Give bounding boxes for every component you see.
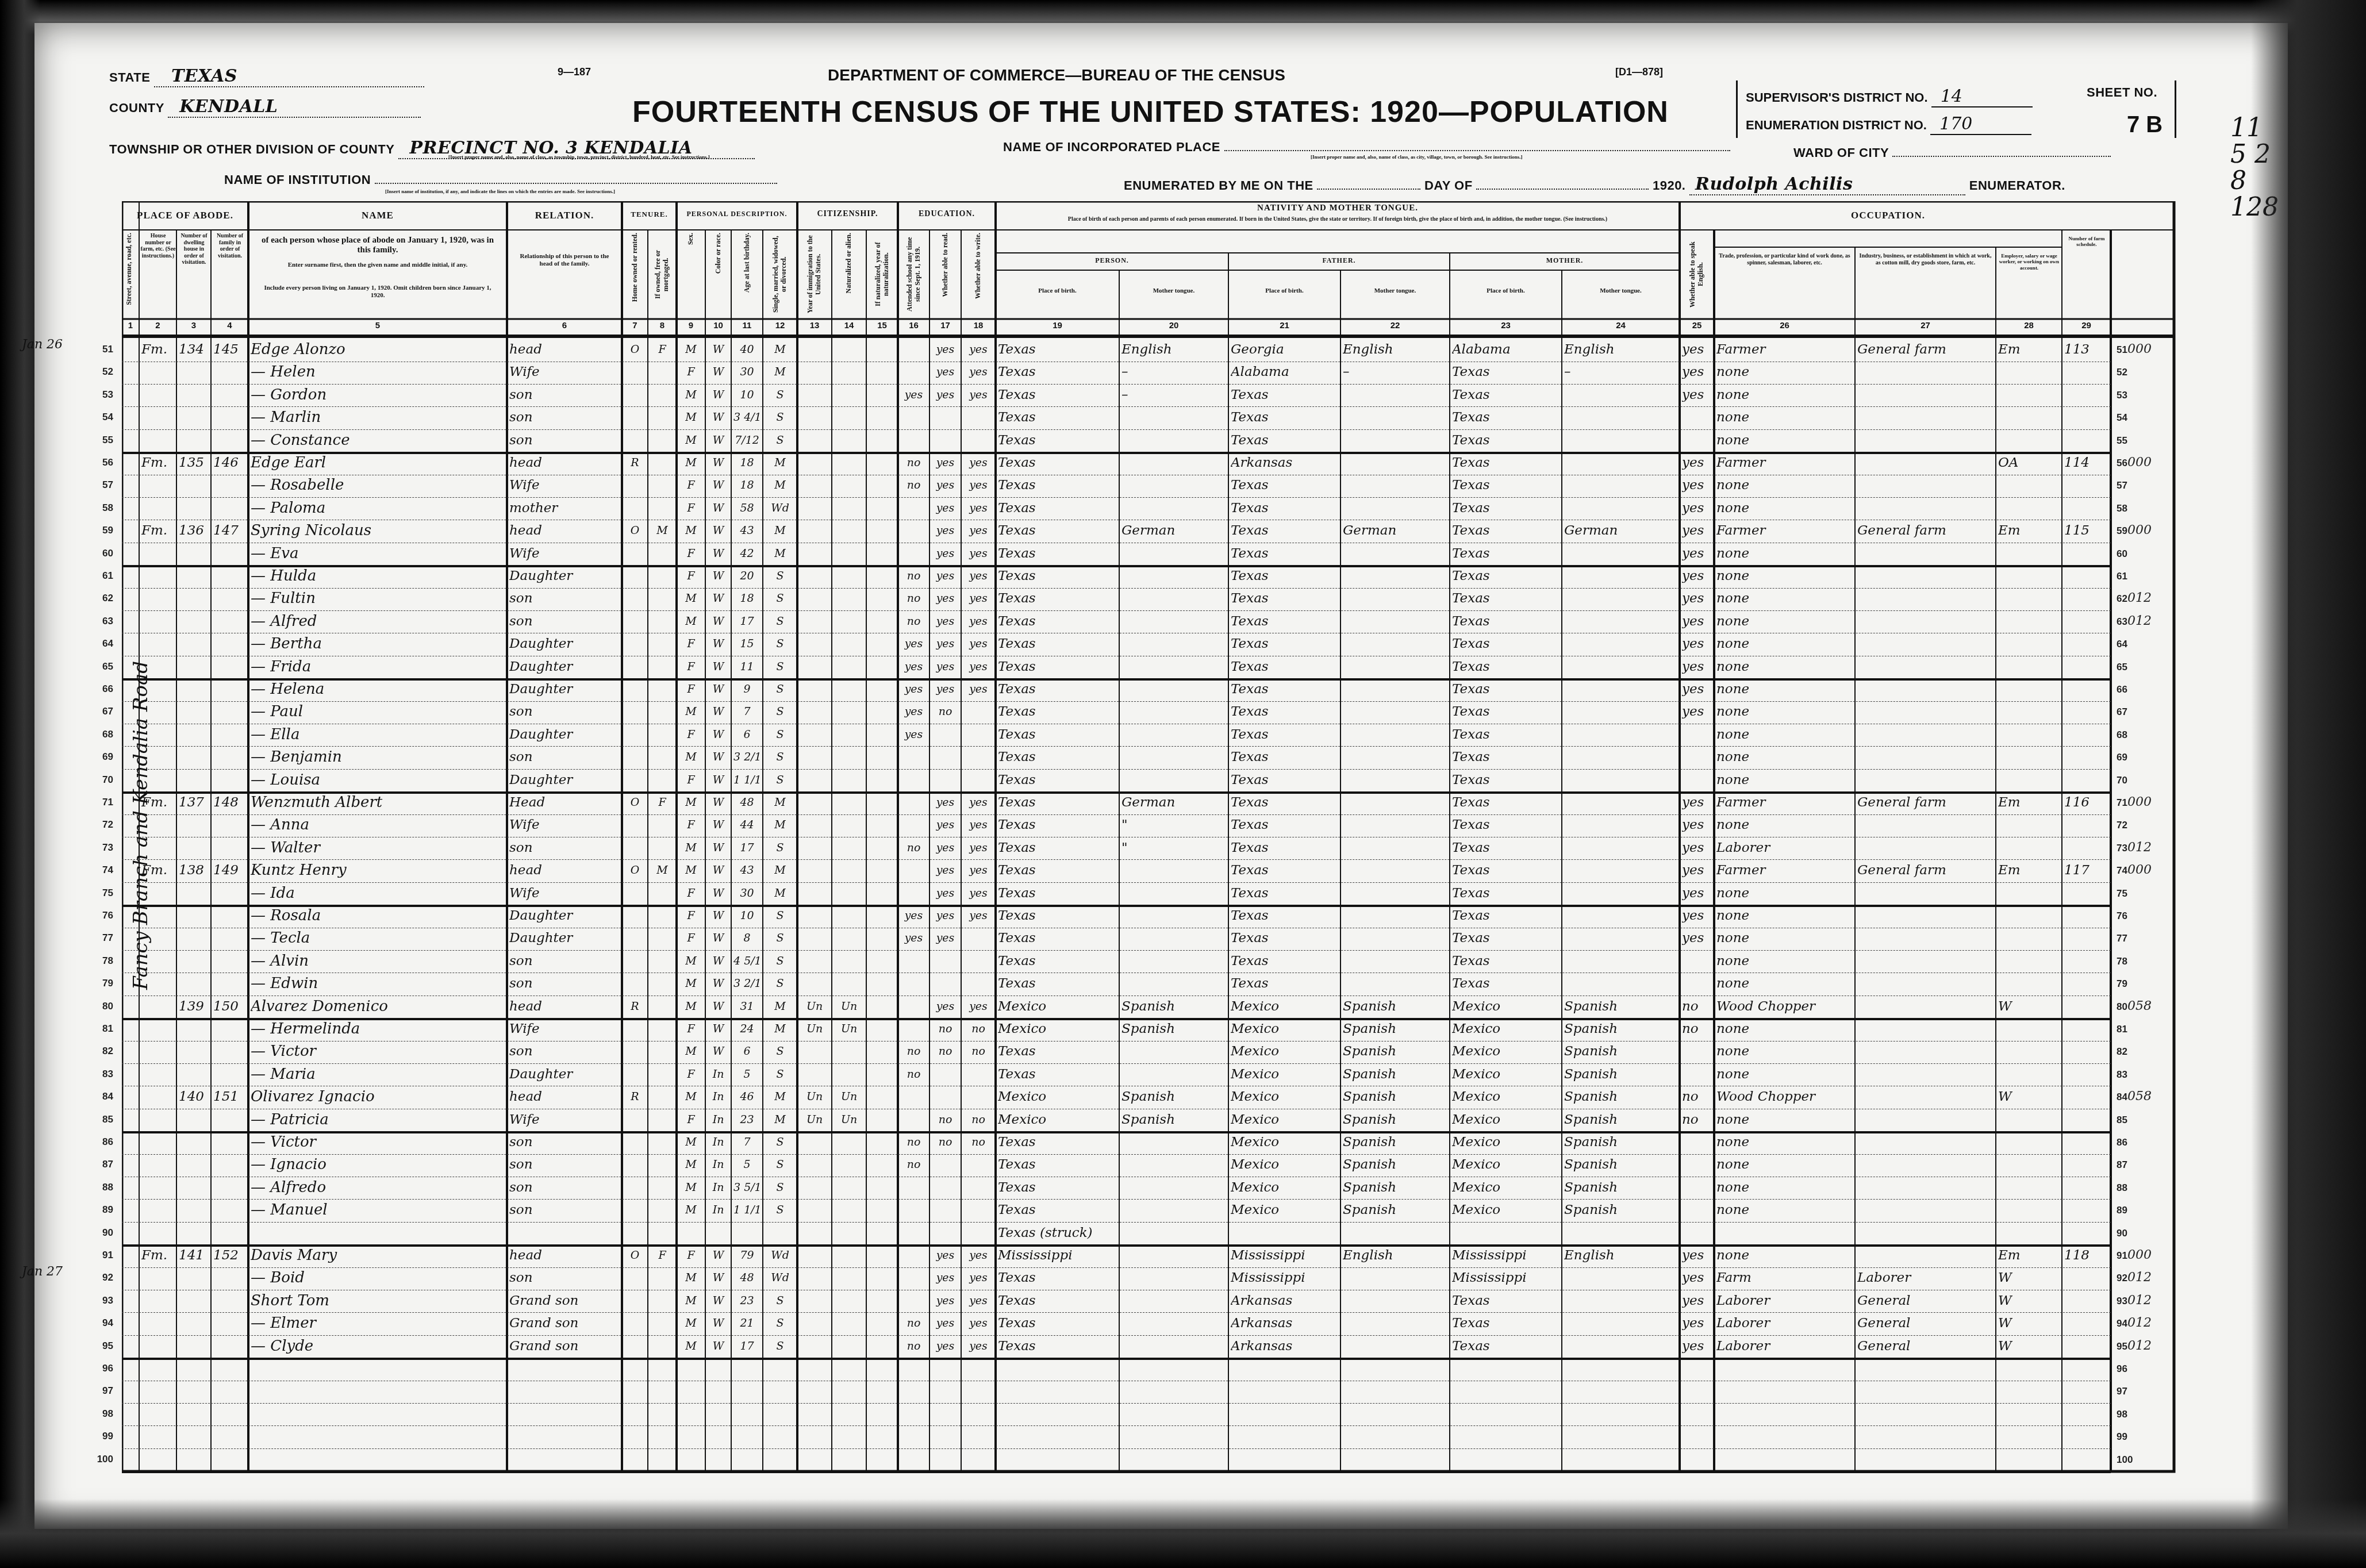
cell-tongue bbox=[1121, 904, 1226, 927]
township-label: TOWNSHIP OR OTHER DIVISION OF COUNTY bbox=[109, 142, 394, 156]
cell-marital: S bbox=[765, 587, 795, 610]
cell-m-tongue bbox=[1564, 610, 1677, 633]
cell-industry bbox=[1857, 995, 1994, 1018]
cell-marital: S bbox=[765, 406, 795, 429]
cell-relation: mother bbox=[509, 497, 620, 520]
cell-name: Olivarez Ignacio bbox=[251, 1085, 505, 1108]
cell-own bbox=[624, 927, 646, 950]
cell-own bbox=[624, 1379, 646, 1402]
cell-free bbox=[650, 813, 674, 836]
cell-m-pob bbox=[1452, 1402, 1560, 1425]
cell-family bbox=[213, 950, 246, 973]
header-c28: Employer, salary or wage worker, or work… bbox=[1998, 253, 2061, 271]
line-number-right-value: 73 bbox=[2117, 843, 2127, 854]
cell-m-tongue bbox=[1564, 564, 1677, 587]
cell-m-pob bbox=[1452, 1425, 1560, 1448]
cell-read bbox=[932, 1153, 959, 1176]
cell-f-pob bbox=[1231, 1379, 1338, 1402]
column-number: 4 bbox=[211, 321, 248, 336]
cell-sex: M bbox=[679, 791, 703, 814]
line-number-right: 57 bbox=[2117, 474, 2186, 497]
cell-marital: M bbox=[765, 813, 795, 836]
header-c3: Number of dwelling house in order of vis… bbox=[178, 233, 210, 316]
coding-mark: 058 bbox=[2127, 999, 2152, 1013]
sheet-no-label: SHEET NO. bbox=[2087, 85, 2157, 100]
table-row: 78— AlvinsonMW4 5/12STexasTexasTexasnone… bbox=[122, 950, 2111, 974]
line-number-right: 79 bbox=[2117, 972, 2186, 996]
cell-occupation: none bbox=[1716, 1063, 1853, 1086]
cell-family: 145 bbox=[213, 338, 246, 361]
cell-free bbox=[650, 587, 674, 610]
cell-name: — Alvin bbox=[251, 950, 505, 973]
cell-industry bbox=[1857, 451, 1994, 474]
cell-english: yes bbox=[1682, 859, 1712, 882]
cell-natyr bbox=[869, 791, 896, 814]
cell-pob: Texas bbox=[998, 383, 1117, 406]
cell-relation bbox=[509, 1425, 620, 1448]
cell-write bbox=[963, 1402, 993, 1425]
cell-imm bbox=[800, 1063, 829, 1086]
coding-mark: 000 bbox=[2127, 1248, 2152, 1262]
cell-tongue bbox=[1121, 1289, 1226, 1312]
cell-color: In bbox=[708, 1131, 729, 1154]
cell-sex: M bbox=[679, 859, 703, 882]
cell-color: W bbox=[708, 768, 729, 791]
enumerator-signature: Rudolph Achilis bbox=[1689, 174, 1965, 195]
county-value: Kendall bbox=[168, 97, 421, 118]
cell-school bbox=[900, 1357, 927, 1380]
cell-own bbox=[624, 1198, 646, 1221]
cell-english: yes bbox=[1682, 904, 1712, 927]
cell-occupation: none bbox=[1716, 678, 1853, 701]
cell-class: W bbox=[1998, 1266, 2060, 1289]
cell-house bbox=[141, 587, 174, 610]
line-number: 100 bbox=[90, 1448, 113, 1471]
table-row: 80139150Alvarez DomenicoheadRMW31MUnUnye… bbox=[122, 995, 2111, 1021]
cell-family bbox=[213, 406, 246, 429]
cell-name: Kuntz Henry bbox=[251, 859, 505, 882]
cell-age: 18 bbox=[733, 451, 760, 474]
cell-farm bbox=[2064, 655, 2108, 678]
cell-farm bbox=[2064, 542, 2108, 565]
cell-m-tongue: Spanish bbox=[1564, 1198, 1677, 1221]
cell-write: yes bbox=[963, 497, 993, 520]
cell-sex bbox=[679, 1357, 703, 1380]
cell-english: yes bbox=[1682, 678, 1712, 701]
line-number-right: 89 bbox=[2117, 1198, 2186, 1222]
cell-read: yes bbox=[932, 497, 959, 520]
cell-industry bbox=[1857, 655, 1994, 678]
cell-read: yes bbox=[932, 587, 959, 610]
cell-pob: Texas bbox=[998, 904, 1117, 927]
line-number: 93 bbox=[90, 1289, 113, 1312]
cell-free bbox=[650, 542, 674, 565]
cell-sex: M bbox=[679, 1289, 703, 1312]
header-c8: If owned, free or mortgaged. bbox=[649, 233, 675, 316]
cell-family bbox=[213, 542, 246, 565]
column-number: 17 bbox=[929, 321, 961, 336]
line-number-right: 60 bbox=[2117, 542, 2186, 566]
cell-relation: Wife bbox=[509, 1108, 620, 1131]
column-number: 29 bbox=[2062, 321, 2111, 336]
cell-english bbox=[1682, 1131, 1712, 1154]
cell-family bbox=[213, 1017, 246, 1040]
cell-dwelling: 138 bbox=[179, 859, 209, 882]
cell-dwelling bbox=[179, 1198, 209, 1221]
cell-natyr bbox=[869, 950, 896, 973]
header-c26: Trade, profession, or particular kind of… bbox=[1717, 253, 1852, 266]
cell-own bbox=[624, 1266, 646, 1289]
cell-street bbox=[124, 519, 137, 542]
cell-farm bbox=[2064, 1379, 2108, 1402]
cell-dwelling bbox=[179, 678, 209, 701]
line-number: 57 bbox=[90, 474, 113, 497]
cell-name: — Victor bbox=[251, 1040, 505, 1063]
table-row: 59Fm.136147Syring NicolausheadOMMW43Myes… bbox=[122, 519, 2111, 543]
cell-industry bbox=[1857, 1176, 1994, 1199]
cell-age: 1 1/12 bbox=[733, 768, 760, 791]
cell-name: — Paul bbox=[251, 700, 505, 723]
cell-natyr bbox=[869, 700, 896, 723]
cell-school bbox=[900, 1221, 927, 1244]
cell-write: yes bbox=[963, 836, 993, 859]
cell-family bbox=[213, 383, 246, 406]
relation-header-desc: Relationship of this person to the head … bbox=[513, 253, 616, 267]
cell-class bbox=[1998, 564, 2060, 587]
cell-pob: Texas bbox=[998, 519, 1117, 542]
cell-write bbox=[963, 1176, 993, 1199]
cell-street bbox=[124, 542, 137, 565]
cell-occupation: none bbox=[1716, 700, 1853, 723]
cell-class bbox=[1998, 768, 2060, 791]
cell-name: — Victor bbox=[251, 1131, 505, 1154]
line-number: 66 bbox=[90, 678, 113, 701]
state-label: STATE bbox=[109, 70, 150, 84]
cell-read bbox=[932, 1402, 959, 1425]
cell-f-pob: Texas bbox=[1231, 383, 1338, 406]
cell-m-pob: Texas bbox=[1452, 836, 1560, 859]
cell-marital: M bbox=[765, 882, 795, 905]
cell-nat bbox=[834, 360, 864, 383]
line-number: 51 bbox=[90, 338, 113, 361]
cell-free bbox=[650, 700, 674, 723]
cell-tongue bbox=[1121, 927, 1226, 950]
cell-f-pob: Mississippi bbox=[1231, 1244, 1338, 1267]
cell-m-tongue bbox=[1564, 1335, 1677, 1358]
header-c10: Color or race. bbox=[706, 233, 731, 316]
cell-read: yes bbox=[932, 655, 959, 678]
line-number-right: 94012 bbox=[2117, 1312, 2186, 1335]
cell-f-tongue bbox=[1343, 451, 1447, 474]
group-header-relation: Relation. bbox=[507, 210, 622, 221]
cell-marital: S bbox=[765, 632, 795, 655]
table-row: 65— FridaDaughterFW11SyesyesyesTexasTexa… bbox=[122, 655, 2111, 681]
table-row: 94— ElmerGrand sonMW21SnoyesyesTexasArka… bbox=[122, 1312, 2111, 1336]
cell-imm bbox=[800, 927, 829, 950]
cell-own bbox=[624, 1402, 646, 1425]
cell-relation: son bbox=[509, 700, 620, 723]
cell-dwelling bbox=[179, 360, 209, 383]
cell-marital: M bbox=[765, 1085, 795, 1108]
cell-family bbox=[213, 1335, 246, 1358]
cell-name: Edge Earl bbox=[251, 451, 505, 474]
cell-read: yes bbox=[932, 519, 959, 542]
cell-natyr bbox=[869, 1402, 896, 1425]
coding-mark: 012 bbox=[2127, 614, 2152, 628]
cell-m-tongue bbox=[1564, 1402, 1677, 1425]
column-number: 24 bbox=[1562, 321, 1680, 336]
cell-natyr bbox=[869, 995, 896, 1018]
cell-m-pob: Texas bbox=[1452, 610, 1560, 633]
cell-school bbox=[900, 1017, 927, 1040]
cell-free bbox=[650, 497, 674, 520]
cell-occupation: none bbox=[1716, 813, 1853, 836]
line-number-right: 56000 bbox=[2117, 451, 2186, 475]
cell-f-pob: Texas bbox=[1231, 859, 1338, 882]
cell-write: yes bbox=[963, 678, 993, 701]
cell-dwelling bbox=[179, 1425, 209, 1448]
cell-family bbox=[213, 1063, 246, 1086]
line-number-right: 74000 bbox=[2117, 859, 2186, 882]
cell-family bbox=[213, 360, 246, 383]
cell-m-pob: Texas bbox=[1452, 497, 1560, 520]
cell-imm bbox=[800, 1335, 829, 1358]
cell-family bbox=[213, 768, 246, 791]
cell-nat bbox=[834, 678, 864, 701]
cell-tongue bbox=[1121, 542, 1226, 565]
cell-color: W bbox=[708, 429, 729, 452]
cell-school bbox=[900, 882, 927, 905]
cell-marital bbox=[765, 1379, 795, 1402]
cell-own bbox=[624, 655, 646, 678]
cell-occupation: Farm bbox=[1716, 1266, 1853, 1289]
cell-relation: Daughter bbox=[509, 723, 620, 746]
cell-nat bbox=[834, 497, 864, 520]
cell-imm bbox=[800, 836, 829, 859]
cell-farm bbox=[2064, 678, 2108, 701]
cell-family: 146 bbox=[213, 451, 246, 474]
cell-class: W bbox=[1998, 1312, 2060, 1335]
cell-sex: M bbox=[679, 1312, 703, 1335]
cell-class bbox=[1998, 429, 2060, 452]
cell-imm bbox=[800, 745, 829, 768]
cell-sex: F bbox=[679, 632, 703, 655]
column-number: 6 bbox=[507, 321, 622, 336]
county-label: COUNTY bbox=[109, 101, 164, 115]
cell-m-pob bbox=[1452, 1379, 1560, 1402]
cell-sex bbox=[679, 1221, 703, 1244]
cell-m-tongue bbox=[1564, 632, 1677, 655]
header-c12: Single, married, widowed, or divorced. bbox=[764, 233, 796, 316]
cell-m-tongue bbox=[1564, 1289, 1677, 1312]
table-row: 56Fm.135146Edge EarlheadRMW18MnoyesyesTe… bbox=[122, 451, 2111, 475]
cell-own bbox=[624, 1040, 646, 1063]
cell-name: — Bertha bbox=[251, 632, 505, 655]
cell-m-pob: Mississippi bbox=[1452, 1244, 1560, 1267]
column-number: 7 bbox=[622, 321, 648, 336]
cell-age: 3 2/12 bbox=[733, 972, 760, 995]
cell-family bbox=[213, 655, 246, 678]
cell-tongue bbox=[1121, 429, 1226, 452]
year-text: 1920. bbox=[1653, 178, 1686, 193]
cell-read: yes bbox=[932, 995, 959, 1018]
cell-class bbox=[1998, 1017, 2060, 1040]
name-header-instr2: Include every person living on January 1… bbox=[257, 285, 498, 299]
cell-f-pob: Texas bbox=[1231, 791, 1338, 814]
cell-color: W bbox=[708, 655, 729, 678]
cell-natyr bbox=[869, 383, 896, 406]
cell-relation bbox=[509, 1221, 620, 1244]
cell-occupation: Laborer bbox=[1716, 1312, 1853, 1335]
cell-name: — Tecla bbox=[251, 927, 505, 950]
cell-english bbox=[1682, 1448, 1712, 1471]
cell-natyr bbox=[869, 1176, 896, 1199]
cell-school: no bbox=[900, 1335, 927, 1358]
cell-imm bbox=[800, 564, 829, 587]
cell-relation: Wife bbox=[509, 360, 620, 383]
cell-f-tongue bbox=[1343, 1335, 1447, 1358]
cell-relation: head bbox=[509, 859, 620, 882]
cell-school bbox=[900, 497, 927, 520]
cell-family bbox=[213, 1425, 246, 1448]
cell-class bbox=[1998, 610, 2060, 633]
cell-free bbox=[650, 632, 674, 655]
cell-marital: S bbox=[765, 383, 795, 406]
cell-industry bbox=[1857, 1244, 1994, 1267]
cell-f-tongue bbox=[1343, 678, 1447, 701]
line-number: 98 bbox=[90, 1402, 113, 1425]
cell-read: yes bbox=[932, 564, 959, 587]
cell-tongue bbox=[1121, 950, 1226, 973]
cell-class: Em bbox=[1998, 338, 2060, 361]
cell-natyr bbox=[869, 632, 896, 655]
cell-relation: Grand son bbox=[509, 1289, 620, 1312]
line-number-right-value: 88 bbox=[2117, 1182, 2127, 1193]
cell-occupation: none bbox=[1716, 587, 1853, 610]
cell-age: 5 bbox=[733, 1063, 760, 1086]
cell-free bbox=[650, 1402, 674, 1425]
cell-read: yes bbox=[932, 1289, 959, 1312]
cell-f-tongue bbox=[1343, 1357, 1447, 1380]
cell-industry bbox=[1857, 1085, 1994, 1108]
cell-house bbox=[141, 360, 174, 383]
cell-family bbox=[213, 1198, 246, 1221]
enumerated-label: ENUMERATED BY ME ON THE bbox=[1124, 178, 1313, 193]
cell-farm: 114 bbox=[2064, 451, 2108, 474]
cell-color: W bbox=[708, 406, 729, 429]
line-number-right-value: 89 bbox=[2117, 1205, 2127, 1216]
cell-free bbox=[650, 972, 674, 995]
cell-tongue bbox=[1121, 745, 1226, 768]
cell-color: W bbox=[708, 542, 729, 565]
cell-tongue bbox=[1121, 1312, 1226, 1335]
cell-imm bbox=[800, 700, 829, 723]
cell-f-pob: Mexico bbox=[1231, 1108, 1338, 1131]
cell-nat bbox=[834, 1063, 864, 1086]
cell-pob: Texas bbox=[998, 564, 1117, 587]
cell-occupation: Farmer bbox=[1716, 791, 1853, 814]
table-row: 67— PaulsonMW7SyesnoTexasTexasTexasyesno… bbox=[122, 700, 2111, 724]
cell-marital: M bbox=[765, 995, 795, 1018]
cell-english bbox=[1682, 972, 1712, 995]
cell-occupation: none bbox=[1716, 632, 1853, 655]
line-number: 58 bbox=[90, 497, 113, 520]
cell-sex: M bbox=[679, 836, 703, 859]
cell-m-pob: Mexico bbox=[1452, 1085, 1560, 1108]
cell-m-pob: Texas bbox=[1452, 927, 1560, 950]
cell-own bbox=[624, 632, 646, 655]
cell-english: yes bbox=[1682, 497, 1712, 520]
cell-class bbox=[1998, 383, 2060, 406]
cell-natyr bbox=[869, 360, 896, 383]
column-number: 10 bbox=[705, 321, 731, 336]
line-number-right: 66 bbox=[2117, 678, 2186, 701]
cell-dwelling bbox=[179, 610, 209, 633]
cell-sex: M bbox=[679, 406, 703, 429]
cell-age: 30 bbox=[733, 882, 760, 905]
column-number: 21 bbox=[1228, 321, 1341, 336]
cell-age: 10 bbox=[733, 904, 760, 927]
cell-relation: Grand son bbox=[509, 1312, 620, 1335]
cell-industry bbox=[1857, 927, 1994, 950]
line-number: 79 bbox=[90, 972, 113, 995]
cell-read: yes bbox=[932, 836, 959, 859]
cell-read: no bbox=[932, 700, 959, 723]
cell-pob: Texas bbox=[998, 1198, 1117, 1221]
coding-mark: 012 bbox=[2127, 1316, 2152, 1330]
cell-farm bbox=[2064, 723, 2108, 746]
cell-age: 3 5/12 bbox=[733, 1176, 760, 1199]
cell-tongue bbox=[1121, 1244, 1226, 1267]
table-row: 72— AnnaWifeFW44MyesyesTexas"TexasTexasy… bbox=[122, 813, 2111, 837]
cell-read bbox=[932, 1063, 959, 1086]
cell-f-pob: Texas bbox=[1231, 474, 1338, 497]
cell-relation: son bbox=[509, 587, 620, 610]
cell-marital bbox=[765, 1357, 795, 1380]
cell-dwelling bbox=[179, 904, 209, 927]
cell-m-pob: Texas bbox=[1452, 655, 1560, 678]
cell-sex: M bbox=[679, 587, 703, 610]
column-number: 13 bbox=[797, 321, 832, 336]
cell-industry bbox=[1857, 610, 1994, 633]
cell-relation: Daughter bbox=[509, 904, 620, 927]
cell-free bbox=[650, 655, 674, 678]
cell-imm bbox=[800, 882, 829, 905]
cell-name: Syring Nicolaus bbox=[251, 519, 505, 542]
cell-marital: S bbox=[765, 610, 795, 633]
column-number: 26 bbox=[1714, 321, 1855, 336]
column-number: 22 bbox=[1341, 321, 1450, 336]
cell-f-pob: Texas bbox=[1231, 655, 1338, 678]
cell-farm bbox=[2064, 950, 2108, 973]
cell-family bbox=[213, 564, 246, 587]
line-number-right: 82 bbox=[2117, 1040, 2186, 1063]
cell-age: 18 bbox=[733, 587, 760, 610]
cell-marital: S bbox=[765, 700, 795, 723]
cell-write bbox=[963, 972, 993, 995]
line-number-right-value: 58 bbox=[2117, 503, 2127, 514]
cell-street bbox=[124, 360, 137, 383]
coding-mark: 012 bbox=[2127, 1339, 2152, 1353]
cell-relation: Daughter bbox=[509, 632, 620, 655]
cell-farm bbox=[2064, 587, 2108, 610]
cell-farm bbox=[2064, 1312, 2108, 1335]
table-row: 73— WaltersonMW17SnoyesyesTexas"TexasTex… bbox=[122, 836, 2111, 860]
cell-m-tongue bbox=[1564, 723, 1677, 746]
cell-school: yes bbox=[900, 632, 927, 655]
cell-relation: son bbox=[509, 1176, 620, 1199]
cell-natyr bbox=[869, 859, 896, 882]
